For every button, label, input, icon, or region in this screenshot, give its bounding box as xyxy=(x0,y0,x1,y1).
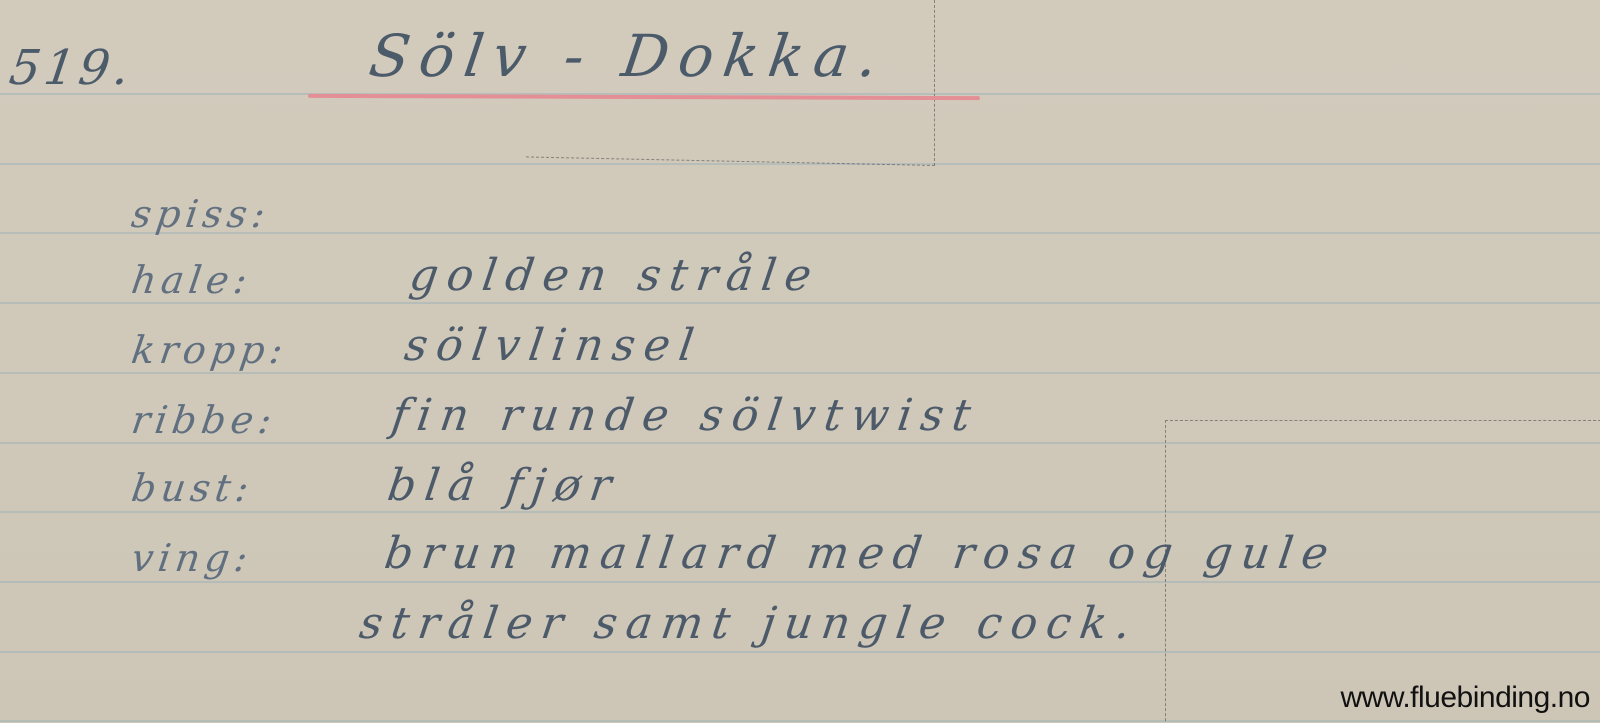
ruled-line xyxy=(0,163,1600,165)
field-label-hale: hale: xyxy=(129,258,255,302)
field-value-hale: golden stråle xyxy=(406,250,823,301)
field-label-bust: bust: xyxy=(129,466,257,510)
field-value-ribbe: fin runde sölvtwist xyxy=(388,390,982,441)
recipe-title: Sölv - Dokka. xyxy=(365,22,892,90)
notebook-page: 519. Sölv - Dokka. spiss: hale: kropp: r… xyxy=(0,0,1600,723)
ruled-line xyxy=(0,302,1600,304)
entry-number: 519. xyxy=(6,40,137,96)
field-value-kropp: sölvlinsel xyxy=(401,320,705,371)
field-label-ribbe: ribbe: xyxy=(129,398,279,442)
field-value-bust: blå fjør xyxy=(384,460,623,511)
field-label-spiss: spiss: xyxy=(129,192,273,236)
ruled-line xyxy=(0,372,1600,374)
field-value-ving-continued: stråler samt jungle cock. xyxy=(356,598,1142,649)
field-value-ving: brun mallard med rosa og gule xyxy=(381,528,1340,579)
field-label-ving: ving: xyxy=(129,536,255,580)
field-label-kropp: kropp: xyxy=(129,328,291,372)
watermark: www.fluebinding.no xyxy=(1340,681,1590,715)
